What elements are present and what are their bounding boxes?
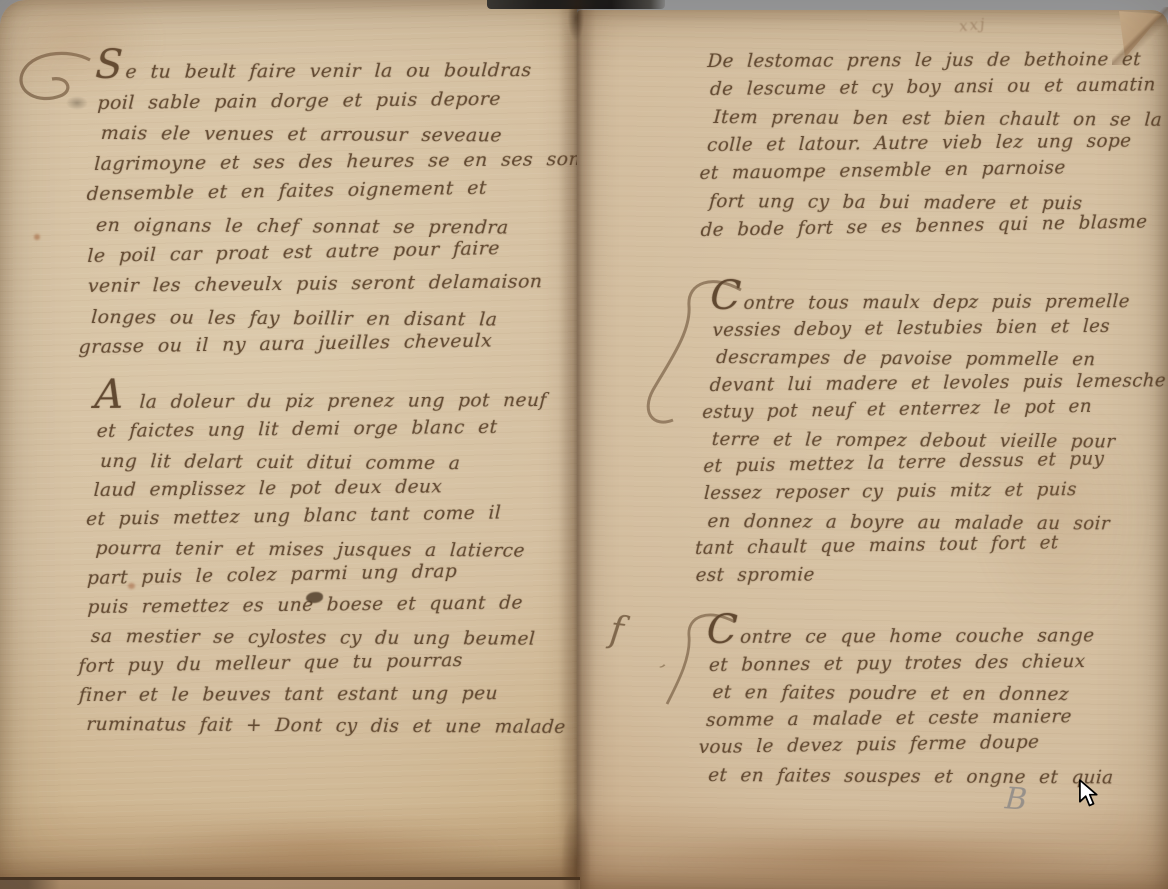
binding-headband <box>487 0 665 9</box>
margin-mark: f <box>608 609 626 651</box>
folio-number: xxj <box>958 15 987 36</box>
manuscript-line: Contre tous maulx depz puis premelle <box>709 281 1168 317</box>
manuscript-line: et mauompe ensemble en parnoise <box>699 153 1160 188</box>
manuscript-line: et bonnes et puy trotes des chieux <box>708 647 1120 679</box>
manuscript-photo: Se tu beult faire venir la ou bouldraspo… <box>0 0 1168 889</box>
manuscript-line: puis remettez es une boese et quant de <box>87 588 573 622</box>
manuscript-line: Se tu beult faire venir la ou bouldras <box>94 48 595 88</box>
manuscript-line: et en faites souspes et ongne et quia <box>707 762 1114 792</box>
manuscript-left-page[interactable]: Se tu beult faire venir la ou bouldraspo… <box>0 0 577 877</box>
right-page-paragraph-2: Contre tous maulx depz puis premellevess… <box>695 283 1168 589</box>
initial-flourish <box>8 46 100 108</box>
manuscript-line: vous le devez puis ferme doupe <box>698 728 1116 762</box>
manuscript-line: grasse ou il ny aura jueilles cheveulx <box>78 324 580 362</box>
manuscript-line: venir les cheveulx puis seront delamaiso… <box>87 266 583 302</box>
manuscript-line: lessez reposer cy puis mitz et puis <box>703 476 1161 508</box>
left-page-paragraph-2: A la doleur du piz prenez ung pot neufet… <box>77 381 584 740</box>
manuscript-line: et faictes ung lit demi orge blanc et <box>96 412 582 446</box>
manuscript-line: et puis mettez ung blanc tant come il <box>86 497 578 534</box>
mouse-cursor-icon <box>1078 779 1101 810</box>
margin-tick: , <box>658 648 675 672</box>
right-page-paragraph-1: De lestomac prens le jus de bethoine etd… <box>698 48 1166 245</box>
manuscript-line: Contre ce que home couche sange <box>706 615 1122 651</box>
manuscript-line: densemble et en faites oignement et <box>86 172 588 210</box>
manuscript-line: vessies deboy et lestubies bien et les <box>712 312 1168 344</box>
manuscript-line: est spromie <box>695 560 1157 589</box>
right-page-paragraph-3: Contre ce que home couche sangeet bonnes… <box>698 617 1121 790</box>
manuscript-line: finer et le beuves tant estant ung peu <box>78 679 568 710</box>
manuscript-line: ruminatus fait + Dont cy dis et une mala… <box>86 710 567 742</box>
manuscript-line: poil sable pain dorge et puis depore <box>97 82 593 118</box>
manuscript-line: de lescume et cy boy ansi ou et aumatin <box>709 71 1164 104</box>
manuscript-line: A la doleur du piz prenez ung pot neuf <box>94 379 584 417</box>
pencil-annotation: B <box>1004 781 1028 817</box>
page-stack-edge <box>0 877 580 889</box>
left-page-paragraph-1: Se tu beult faire venir la ou bouldraspo… <box>80 50 595 363</box>
manuscript-right-page[interactable]: xxj De lestomac prens le jus de bethoine… <box>577 10 1168 889</box>
